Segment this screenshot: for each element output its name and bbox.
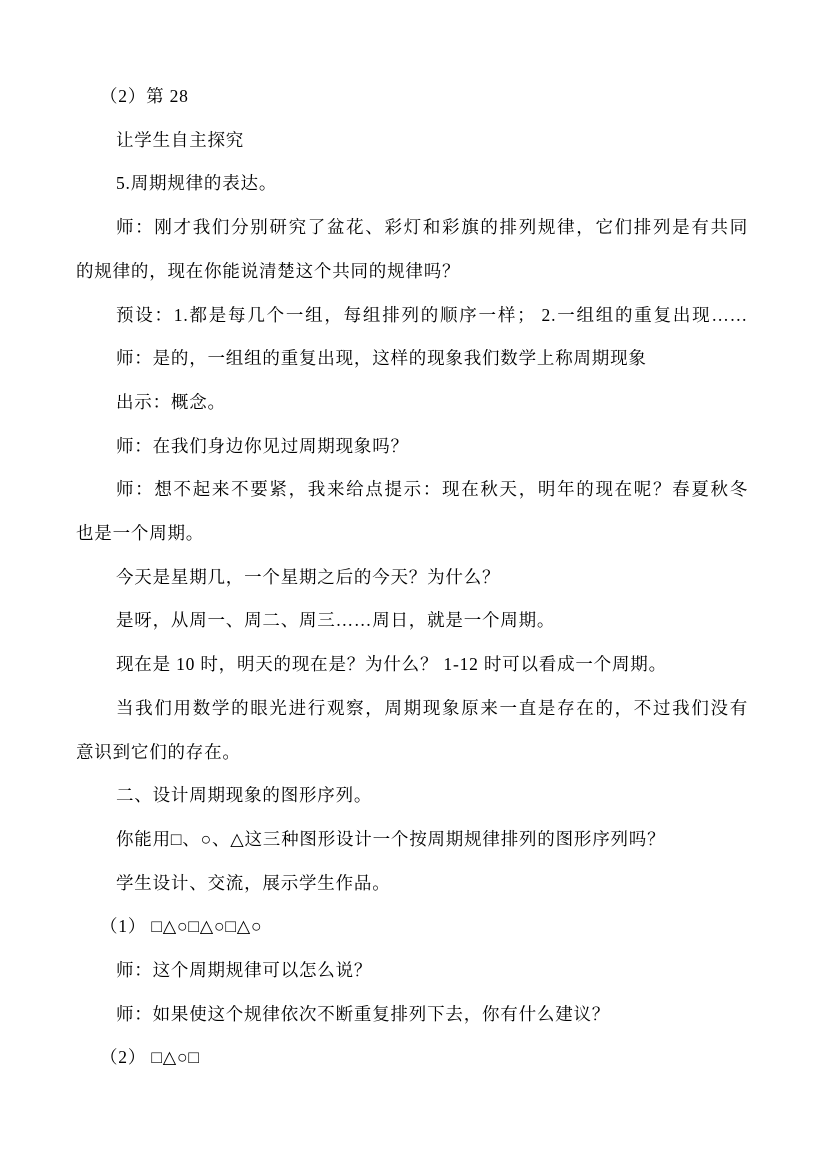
text-line: （1） □△○□△○□△○ xyxy=(76,905,748,949)
text-line: 出示：概念。 xyxy=(76,381,748,425)
text-line: 师：是的，一组组的重复出现，这样的现象我们数学上称周期现象 xyxy=(76,337,748,381)
text-line: 意识到它们的存在。 xyxy=(76,731,748,775)
text-line: 今天是星期几，一个星期之后的今天？为什么？ xyxy=(76,556,748,600)
text-line: 是呀，从周一、周二、周三……周日，就是一个周期。 xyxy=(76,599,748,643)
text-line: 二、设计周期现象的图形序列。 xyxy=(76,774,748,818)
text-line: 现在是 10 时，明天的现在是？为什么？ 1-12 时可以看成一个周期。 xyxy=(76,643,748,687)
text-line: 的规律的，现在你能说清楚这个共同的规律吗？ xyxy=(76,250,748,294)
text-line: 学生设计、交流，展示学生作品。 xyxy=(76,862,748,906)
text-line: 师：这个周期规律可以怎么说？ xyxy=(76,949,748,993)
text-line: 预设：1.都是每几个一组，每组排列的顺序一样； 2.一组组的重复出现…… xyxy=(76,294,748,338)
text-line: 师：在我们身边你见过周期现象吗？ xyxy=(76,425,748,469)
text-line: 也是一个周期。 xyxy=(76,512,748,556)
text-line: 师：刚才我们分别研究了盆花、彩灯和彩旗的排列规律，它们排列是有共同 xyxy=(76,206,748,250)
text-line: （2） □△○□ xyxy=(76,1036,748,1080)
document-page: （2）第 28让学生自主探究5.周期规律的表达。师：刚才我们分别研究了盆花、彩灯… xyxy=(0,0,827,1170)
document-body: （2）第 28让学生自主探究5.周期规律的表达。师：刚才我们分别研究了盆花、彩灯… xyxy=(76,75,748,1080)
text-line: 师：想不起来不要紧，我来给点提示：现在秋天，明年的现在呢？春夏秋冬 xyxy=(76,468,748,512)
text-line: 师：如果使这个规律依次不断重复排列下去，你有什么建议？ xyxy=(76,993,748,1037)
text-line: （2）第 28 xyxy=(76,75,748,119)
text-line: 你能用□、○、△这三种图形设计一个按周期规律排列的图形序列吗？ xyxy=(76,818,748,862)
text-line: 当我们用数学的眼光进行观察，周期现象原来一直是存在的，不过我们没有 xyxy=(76,687,748,731)
text-line: 5.周期规律的表达。 xyxy=(76,162,748,206)
text-line: 让学生自主探究 xyxy=(76,119,748,163)
